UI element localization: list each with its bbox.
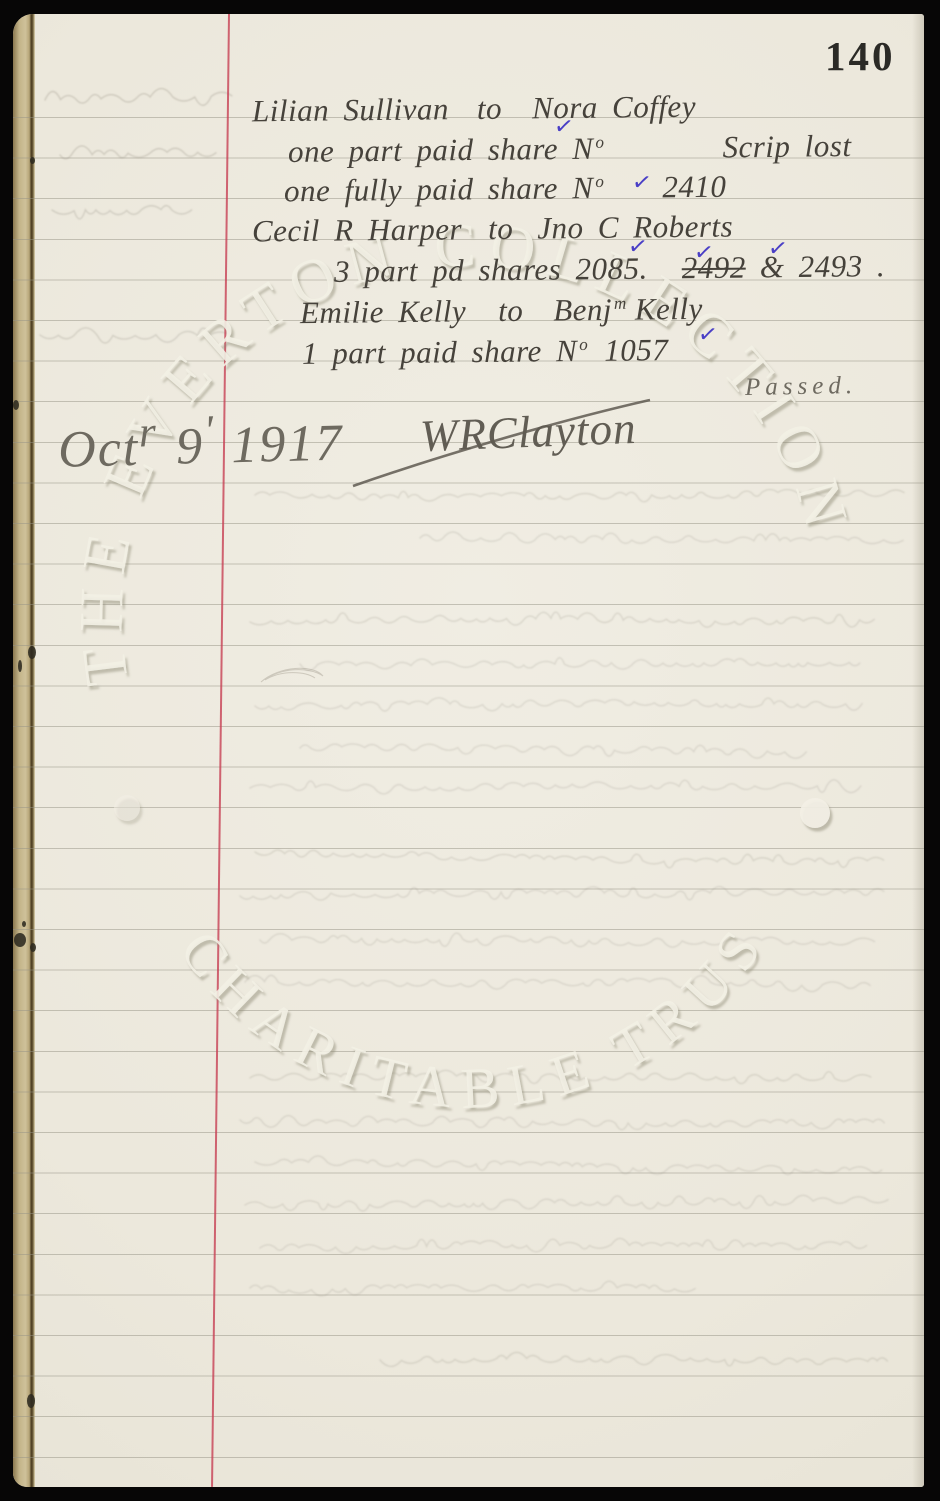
ledger-entry-line7: 1 part paid share No1057 bbox=[302, 334, 669, 369]
ink-speck bbox=[22, 921, 26, 927]
check-icon: ✓ bbox=[766, 237, 789, 263]
entry-segment: 1917 bbox=[231, 415, 344, 475]
entry-segment: 2410 bbox=[662, 169, 726, 205]
handwriting-layer: 140 Passed. Octr9'1917 WRClayton Lilian … bbox=[13, 14, 924, 1487]
check-icon: ✓ bbox=[630, 171, 653, 197]
check-icon: ✓ bbox=[626, 235, 649, 261]
entry-segment: o bbox=[579, 335, 588, 354]
ink-speck bbox=[28, 646, 36, 659]
entry-segment: 3 part pd shares 2085. bbox=[334, 251, 648, 289]
entry-segment: o bbox=[595, 172, 604, 191]
ledger-entry-line5: 3 part pd shares 2085.2492& 2493 . bbox=[334, 250, 885, 287]
passed-label: Passed. bbox=[745, 373, 857, 400]
entry-segment: one fully paid share N bbox=[284, 170, 594, 208]
ink-speck bbox=[27, 1394, 35, 1408]
entry-segment: 1 part paid share N bbox=[302, 333, 578, 371]
signature-text: WRClayton bbox=[419, 406, 637, 459]
entry-segment: 2492 bbox=[682, 250, 746, 286]
check-icon: ✓ bbox=[692, 241, 715, 267]
entry-segment: Emilie Kelly bbox=[300, 293, 466, 330]
entry-segment: Kelly bbox=[635, 291, 703, 327]
date-text: Octr9'1917 bbox=[57, 407, 344, 477]
entry-segment: to bbox=[488, 211, 513, 246]
ledger-entry-line4: Cecil R HarpertoJno C Roberts bbox=[252, 210, 733, 246]
entry-segment: Cecil R Harper bbox=[252, 211, 462, 248]
entry-segment: m bbox=[614, 293, 627, 312]
entry-segment: 9 bbox=[175, 418, 204, 476]
entry-segment: 1057 bbox=[604, 332, 668, 368]
entry-segment: one part paid share N bbox=[288, 131, 594, 169]
entry-segment: Benj bbox=[553, 292, 612, 328]
ink-speck bbox=[14, 933, 26, 947]
ledger-entry-line1: Lilian SullivantoNora Coffey bbox=[252, 91, 696, 127]
entry-segment: Scrip lost bbox=[722, 128, 851, 164]
entry-segment: to bbox=[477, 91, 502, 126]
entry-segment: Oct bbox=[57, 420, 139, 479]
ledger-entry-line6: Emilie KellytoBenjmKelly bbox=[300, 293, 703, 328]
entry-segment: o bbox=[595, 132, 604, 151]
ink-speck bbox=[30, 943, 36, 952]
ink-speck bbox=[13, 400, 19, 410]
entry-segment: to bbox=[498, 293, 523, 328]
scanned-ledger-page: THE EVERTON COLLECTION CHARITABLE TRUST … bbox=[0, 0, 940, 1501]
ledger-entry-line3: one fully paid share No2410 bbox=[284, 171, 727, 207]
check-icon: ✓ bbox=[552, 115, 575, 141]
page-number: 140 bbox=[825, 32, 896, 80]
entry-segment: ' bbox=[203, 407, 215, 455]
ink-speck bbox=[18, 660, 22, 672]
ledger-sheet: THE EVERTON COLLECTION CHARITABLE TRUST … bbox=[13, 14, 924, 1487]
ink-speck bbox=[30, 157, 35, 164]
entry-segment: Lilian Sullivan bbox=[252, 91, 449, 128]
check-icon: ✓ bbox=[696, 323, 719, 349]
entry-segment: r bbox=[138, 408, 158, 456]
